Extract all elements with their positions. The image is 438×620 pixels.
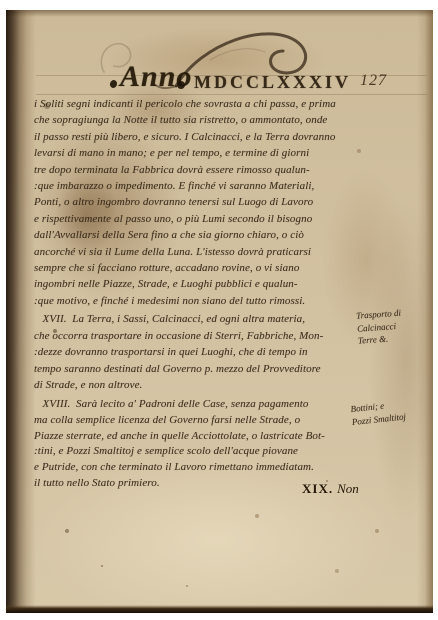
page-right-edge <box>425 10 433 613</box>
manuscript-line: :tini, e Pozzi Smaltitoj e semplice scol… <box>34 444 378 460</box>
manuscript-line: :que imbarazzo o impedimento. E finché v… <box>34 178 372 194</box>
manuscript-line: XVIII. Sarà lecito a' Padroni delle Case… <box>34 397 378 413</box>
manuscript-line: tempo saranno destinati dal Governo p. m… <box>34 361 372 378</box>
manuscript-line: ingombri nelle Piazze, Strade, e Luoghi … <box>34 276 372 292</box>
paragraph-article-17: XVII. La Terra, i Sassi, Calcinacci, ed … <box>34 311 372 394</box>
manuscript-line: ancorché vi sia il Lume della Luna. L'is… <box>34 244 372 260</box>
folio-number: 127 <box>360 72 387 90</box>
catchword-word: Non <box>337 481 359 496</box>
ink-blot <box>177 81 185 89</box>
ruled-line <box>36 94 427 95</box>
manuscript-line: e Putride, con che terminato il Lavoro r… <box>34 460 378 476</box>
manuscript-line: e rispettivamente al passo uno, o più Lu… <box>34 211 372 227</box>
manuscript-line: :dezze dovranno trasportarsi in quei Luo… <box>34 344 372 361</box>
manuscript-line: levarsi di mano in mano; e per nel tempo… <box>34 145 372 161</box>
manuscript-line: i Soliti segni indicanti il pericolo che… <box>34 96 372 112</box>
paragraph-continuation: i Soliti segni indicanti il pericolo che… <box>34 96 372 309</box>
paragraph-article-18: XVIII. Sarà lecito a' Padroni delle Case… <box>34 397 378 492</box>
binding-edge <box>6 10 36 613</box>
manuscript-line: sempre che si facciano rotture, accadano… <box>34 260 372 276</box>
manuscript-line: Piazze sterrate, ed anche in quelle Acci… <box>34 429 378 445</box>
manuscript-line: Ponti, o altro ingombro dovranno tenersi… <box>34 194 372 210</box>
page-bottom-edge <box>6 605 433 613</box>
manuscript-page: Anno MDCCLXXXIV 127 i Soliti segni indic… <box>6 10 433 613</box>
manuscript-line: il passo resti più libero, e sicuro. I C… <box>34 129 372 145</box>
manuscript-line: che sopragiunga la Notte il tutto sia ri… <box>34 112 372 128</box>
catchword: XIX. Non <box>302 480 359 498</box>
manuscript-line: tre dopo terminata la Fabbrica dovrà ess… <box>34 162 372 178</box>
manuscript-line: ma colla semplice licenza del Governo fa… <box>34 413 378 429</box>
manuscript-line: dall'Avvallarsi della Sera fino a che si… <box>34 227 372 243</box>
scanned-manuscript-photo: { "header": { "anno_label": "Anno", "yea… <box>0 0 438 620</box>
margin-note-trasporto: Trasporto diCalcinacciTerre &. <box>356 304 433 347</box>
manuscript-line: :que motivo, e finché i medesimi non sia… <box>34 293 372 309</box>
year-roman-numeral: MDCCLXXXIV <box>194 72 351 93</box>
manuscript-line: di Strade, e non altrove. <box>34 377 372 394</box>
catchword-numeral: XIX. <box>302 481 333 496</box>
manuscript-line: XVII. La Terra, i Sassi, Calcinacci, ed … <box>34 311 372 328</box>
manuscript-line: che occorra trasportare in occasione di … <box>34 328 372 345</box>
